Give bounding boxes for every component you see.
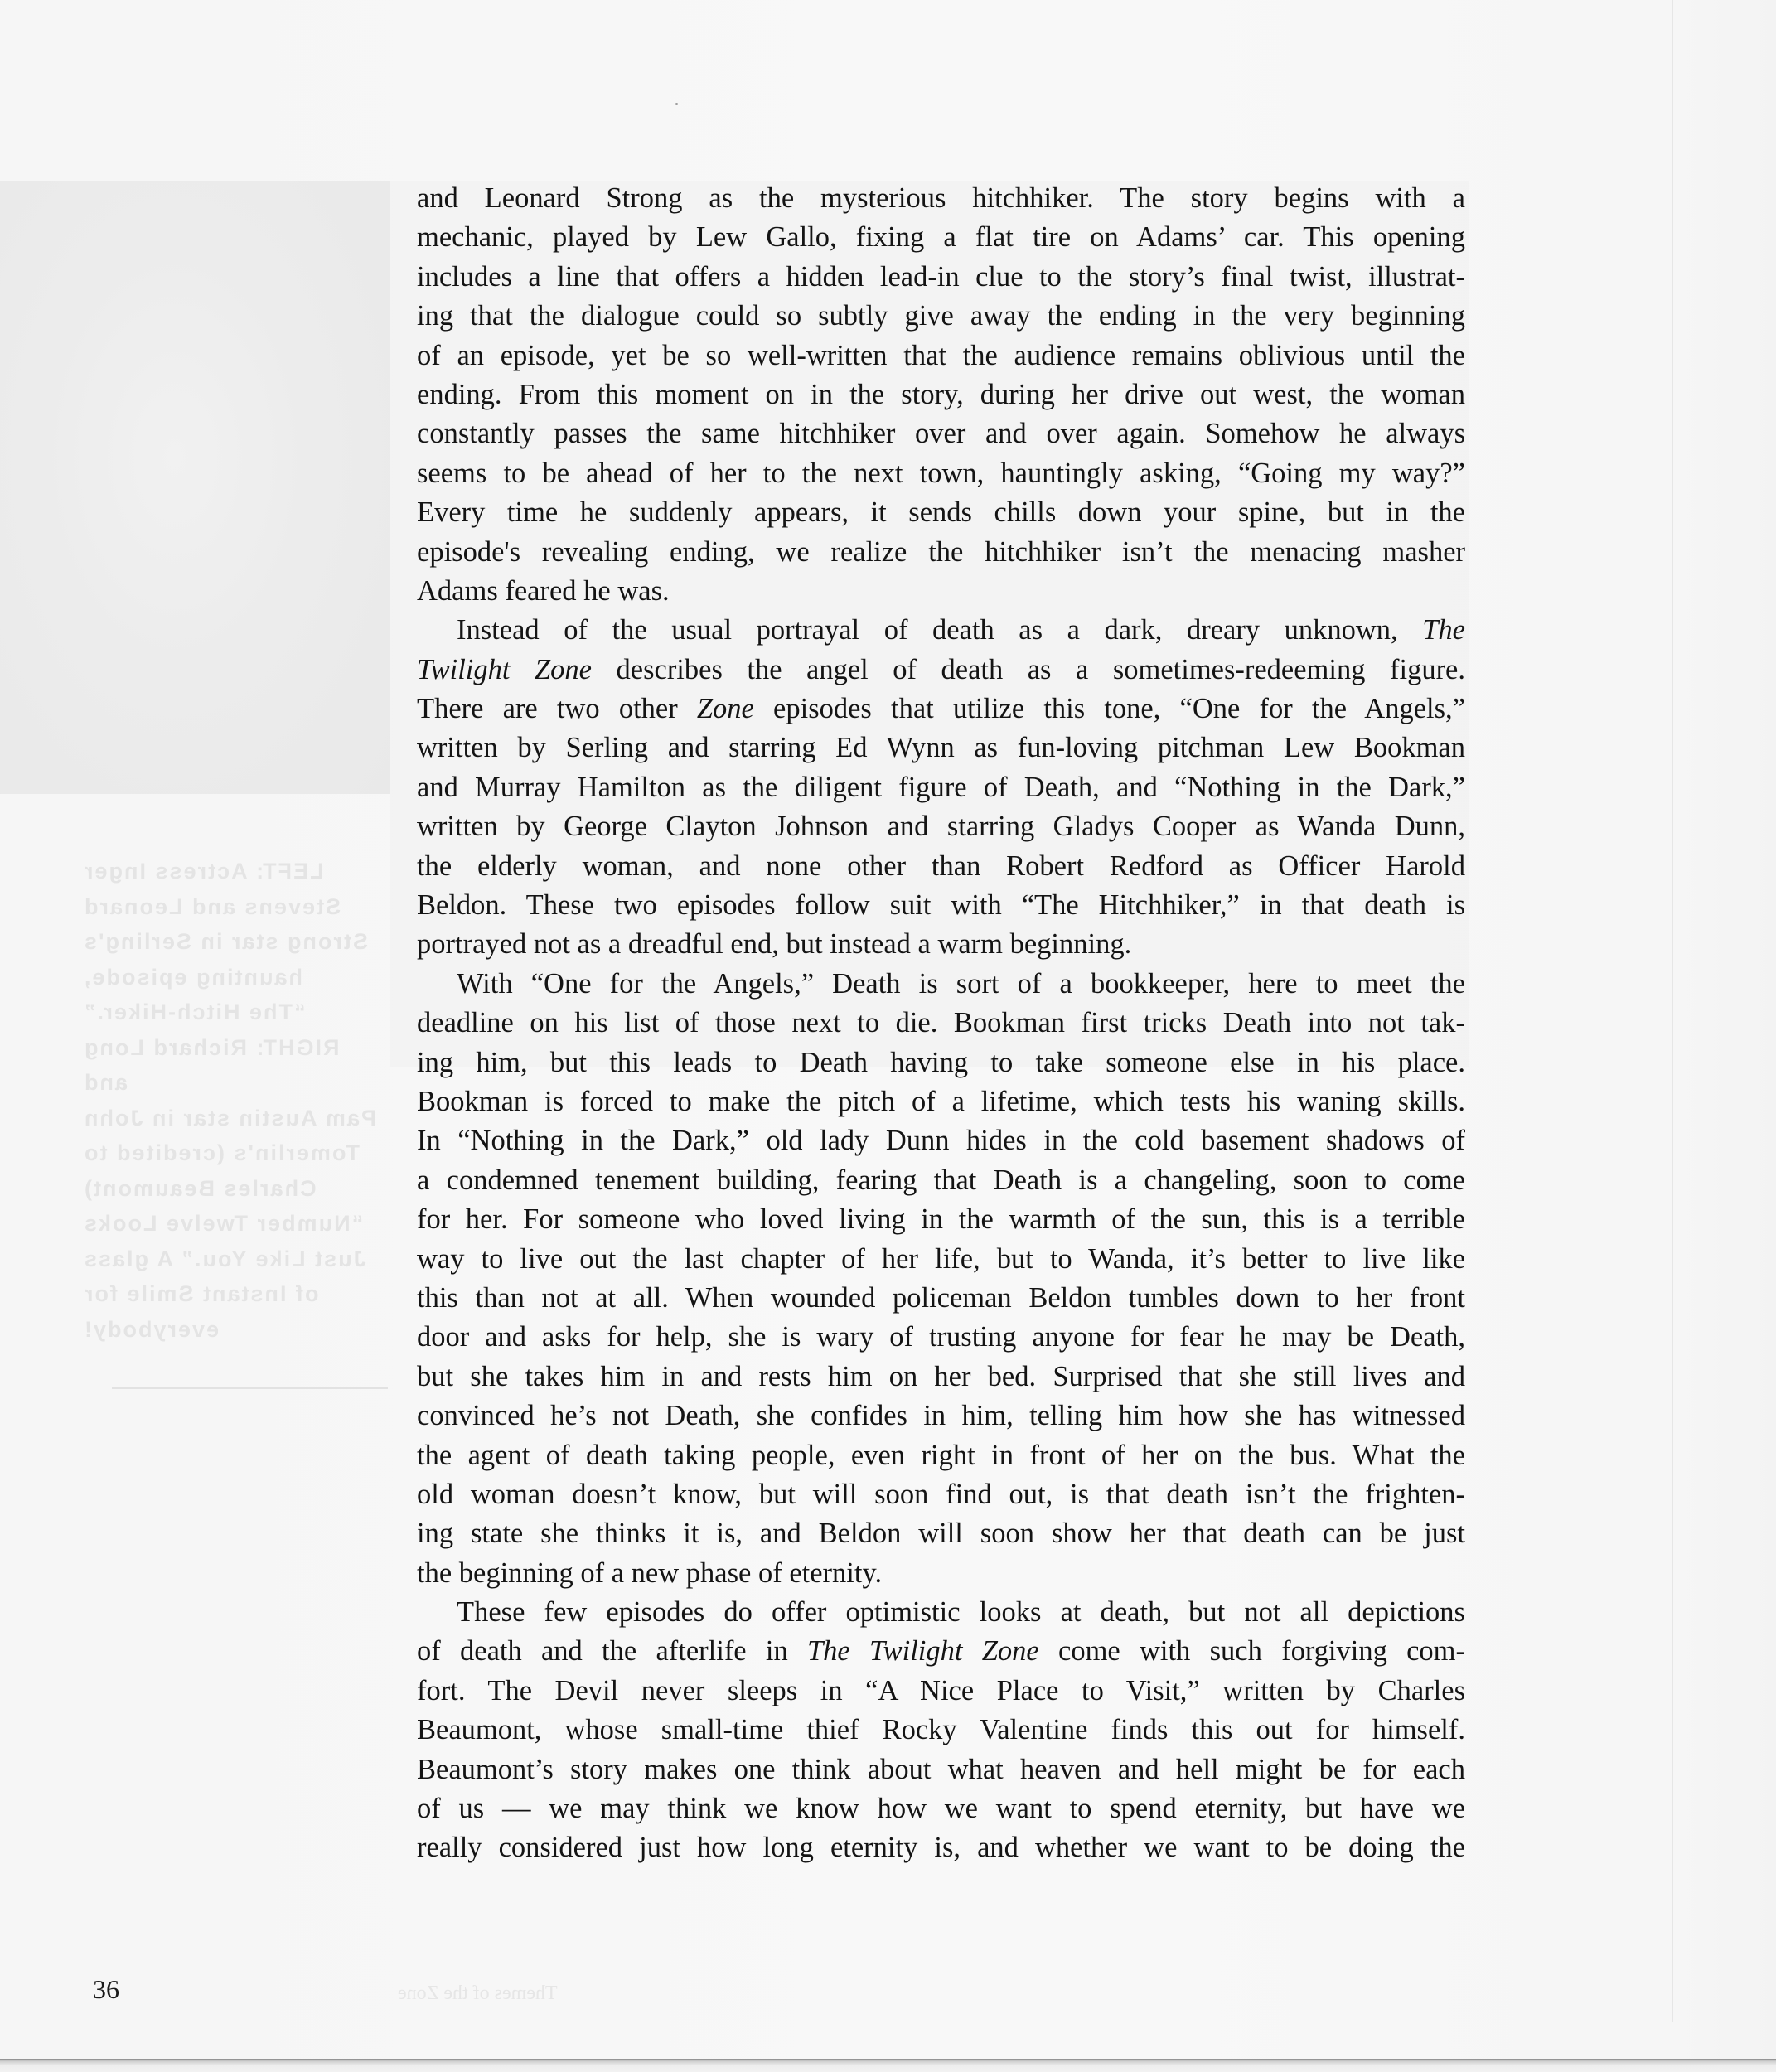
book-page: LEFT: Actress IngerStevens and LeonardSt… [0,0,1776,2072]
text-line: old woman doesn’t know, but will soon fi… [417,1475,1465,1514]
body-text-column: and Leonard Strong as the mysterious hit… [417,179,1465,1868]
text-line: Instead of the usual portrayal of death … [417,611,1465,650]
page-number: 36 [93,1974,119,2005]
text-line: really considered just how long eternity… [417,1828,1465,1867]
text-line: door and asks for help, she is wary of t… [417,1318,1465,1357]
text-line: With “One for the Angels,” Death is sort… [417,965,1465,1004]
caption-line: Charles Beaumont) [83,1171,385,1207]
text-line: Twilight Zone describes the angel of dea… [417,651,1465,690]
text-line: Every time he suddenly appears, it sends… [417,493,1465,532]
text-line: of an episode, yet be so well-written th… [417,336,1465,375]
caption-line: LEFT: Actress Inger [83,854,385,889]
text-line: portrayed not as a dreadful end, but ins… [417,925,1465,964]
text-line: and Murray Hamilton as the diligent figu… [417,768,1465,807]
caption-line: Just Like You.” A glass [83,1242,385,1277]
paragraph: Instead of the usual portrayal of death … [417,611,1465,965]
text-line: In “Nothing in the Dark,” old lady Dunn … [417,1121,1465,1160]
text-line: and Leonard Strong as the mysterious hit… [417,179,1465,218]
text-line: ing state she thinks it is, and Beldon w… [417,1514,1465,1553]
text-line: ending. From this moment on in the story… [417,375,1465,414]
caption-line: “The Hitch-Hiker.” [83,995,385,1030]
text-line: Adams feared he was. [417,572,1465,611]
text-line: ing that the dialogue could so subtly gi… [417,297,1465,336]
text-line: includes a line that offers a hidden lea… [417,258,1465,297]
scan-speck [675,103,678,105]
photo-bleed-through [0,181,390,794]
paragraph: These few episodes do offer optimistic l… [417,1593,1465,1868]
text-line: of death and the afterlife in The Twilig… [417,1632,1465,1671]
text-line: the agent of death taking people, even r… [417,1436,1465,1475]
text-line: Bookman is forced to make the pitch of a… [417,1082,1465,1121]
caption-line: Pam Austin star in John [83,1101,385,1136]
caption-line: Stevens and Leonard [83,889,385,925]
text-line: Beldon. These two episodes follow suit w… [417,886,1465,925]
text-line: ing him, but this leads to Death having … [417,1043,1465,1082]
text-line: episode's revealing ending, we realize t… [417,533,1465,572]
scan-bottom-edge [0,2059,1776,2072]
text-line: written by Serling and starring Ed Wynn … [417,729,1465,767]
text-line: the elderly woman, and none other than R… [417,847,1465,886]
text-line: There are two other Zone episodes that u… [417,690,1465,729]
page-edge-line [1672,0,1673,2022]
caption-line: “Number Twelve Looks [83,1206,385,1242]
text-line: These few episodes do offer optimistic l… [417,1593,1465,1632]
text-line: fort. The Devil never sleeps in “A Nice … [417,1672,1465,1711]
text-line: mechanic, played by Lew Gallo, fixing a … [417,218,1465,257]
text-line: but she takes him in and rests him on he… [417,1358,1465,1397]
text-line: Beaumont’s story makes one think about w… [417,1750,1465,1789]
text-line: seems to be ahead of her to the next tow… [417,454,1465,493]
text-line: Beaumont, whose small-time thief Rocky V… [417,1711,1465,1750]
text-line: for her. For someone who loved living in… [417,1200,1465,1239]
text-line: convinced he’s not Death, she confides i… [417,1397,1465,1435]
text-line: this than not at all. When wounded polic… [417,1279,1465,1318]
caption-line: haunting episode, [83,960,385,995]
caption-line: everybody! [83,1312,385,1348]
caption-line: Strong star in Serling's [83,924,385,960]
text-line: deadline on his list of those next to di… [417,1004,1465,1043]
caption-line: RIGHT: Richard Long and [83,1030,385,1101]
caption-line: of Instant Smile for [83,1276,385,1312]
paragraph: and Leonard Strong as the mysterious hit… [417,179,1465,611]
text-line: the beginning of a new phase of eternity… [417,1554,1465,1593]
text-line: a condemned tenement building, fearing t… [417,1161,1465,1200]
text-line: of us — we may think we know how we want… [417,1789,1465,1828]
text-line: way to live out the last chapter of her … [417,1240,1465,1279]
caption-rule [112,1387,388,1389]
caption-line: Tomerlin's (credited to [83,1135,385,1171]
paragraph: With “One for the Angels,” Death is sort… [417,965,1465,1593]
caption-bleed-through: LEFT: Actress IngerStevens and LeonardSt… [83,854,385,1347]
text-line: constantly passes the same hitchhiker ov… [417,414,1465,453]
footer-bleed-through: Themes of the Zone [398,1982,558,2005]
text-line: written by George Clayton Johnson and st… [417,807,1465,846]
